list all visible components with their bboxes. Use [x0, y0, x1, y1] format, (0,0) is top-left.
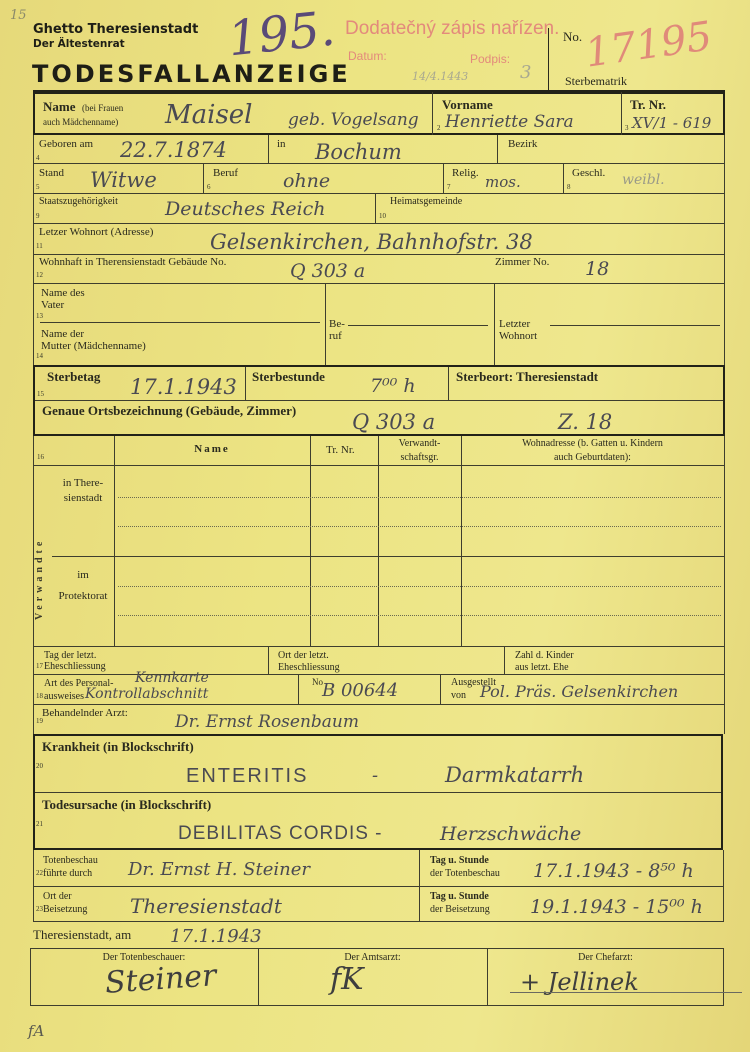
death-date-value: 17.1.1943 [130, 375, 237, 399]
parent-wohnort-label: Letzter [499, 318, 530, 330]
maiden-name-value: geb. Vogelsang [288, 110, 419, 130]
cause-of-death-german-value: Herzschwäche [440, 823, 581, 845]
place-date-label: Theresienstadt, am [33, 929, 131, 941]
verwandte-side-label: Verwandte [34, 510, 45, 620]
group-protektorat-label: im [52, 569, 114, 581]
col-address-header: Wohnadresse (b. Gatten u. Kindern [461, 438, 724, 450]
stamp-supplementary-entry: Dodatečný zápis nařízen. [345, 18, 559, 40]
relig-label: Relig. [452, 167, 479, 179]
religion-value: mos. [485, 173, 521, 191]
cause-of-death-label: Todesursache (in Blockschrift) [42, 798, 211, 812]
id-type-value: Kennkarte [135, 670, 209, 686]
marriage-place-label: Ort der letzt. [278, 650, 329, 662]
citizenship-value: Deutsches Reich [165, 198, 326, 220]
first-name-value: Henriette Sara [445, 112, 574, 132]
burial-place-value: Theresienstadt [130, 894, 282, 918]
zimmer-label: Zimmer No. [495, 256, 549, 268]
header-divider [548, 28, 549, 90]
sterbetag-label: Sterbetag [47, 370, 100, 384]
cause-of-death-value: DEBILITAS CORDIS - [178, 823, 383, 845]
treating-doctor-value: Dr. Ernst Rosenbaum [175, 712, 359, 732]
stand-label: Stand [39, 167, 64, 179]
marital-status-value: Witwe [90, 168, 157, 192]
col-name-header: Name [114, 443, 310, 455]
illness-german-value: Darmkatarrh [445, 763, 584, 787]
place-date-value: 17.1.1943 [170, 926, 262, 947]
burial-time-label: Tag u. Stunde [430, 891, 489, 903]
inspection-time-label: Tag u. Stunde [430, 855, 489, 867]
sex-value: weibl. [622, 172, 665, 188]
illness-value: ENTERITIS [186, 765, 308, 788]
occupation-value: ohne [283, 170, 330, 192]
sterbestunde-label: Sterbestunde [252, 370, 325, 384]
stamp-podpis-label: Podpis: [470, 52, 510, 66]
ortsbezeichnung-label: Genaue Ortsbezeichnung (Gebäude, Zimmer) [42, 404, 296, 418]
stamp-datum-value: 14/4.1443 [412, 70, 468, 83]
illness-label: Krankheit (in Blockschrift) [42, 740, 194, 754]
parent-beruf-label: Be- [329, 318, 345, 330]
birth-date-value: 22.7.1874 [120, 138, 227, 162]
sterbematrik-label: Sterbematrik [565, 75, 627, 87]
col-relationship-header: Verwandt- [378, 438, 461, 450]
inspection-by-value: Dr. Ernst H. Steiner [128, 859, 310, 880]
children-count-label: Zahl d. Kinder [515, 650, 574, 662]
death-building-value: Q 303 a [352, 410, 435, 434]
trnr-label: Tr. Nr. [630, 98, 666, 112]
vater-label: Name des [41, 287, 85, 299]
room-value: 18 [585, 258, 609, 280]
id-type-value-2: Kontrollabschnitt [85, 686, 208, 702]
bezirk-label: Bezirk [508, 138, 537, 150]
bottom-mark: fA [28, 1022, 44, 1040]
heimat-label: Heimatsgemeinde [390, 196, 462, 208]
death-notice-form: 15 Ghetto Theresienstadt Der Ältestenrat… [0, 0, 750, 1052]
corner-mark: 15 [10, 8, 27, 23]
id-number-value: B 00644 [322, 680, 398, 701]
issued-by-value: Pol. Präs. Gelsenkirchen [480, 682, 678, 701]
no-label: No. [563, 31, 582, 43]
sig-official-doctor-label: Der Amtsarzt: [258, 952, 487, 964]
vorname-label: Vorname [442, 98, 493, 112]
death-hour-value: 7⁰⁰ h [370, 375, 416, 397]
wohnort-label: Letzer Wohnort (Adresse) [39, 226, 153, 238]
name-label: Name [43, 100, 76, 114]
geschl-label: Geschl. [572, 167, 605, 179]
birthplace-value: Bochum [315, 140, 402, 164]
wohnhaft-label: Wohnhaft in Therensienstadt Gebäude No. [39, 256, 226, 268]
death-room-value: Z. 18 [558, 410, 612, 434]
sig-chief-doctor-label: Der Chefarzt: [487, 952, 724, 964]
burial-time-value: 19.1.1943 - 15⁰⁰ h [530, 896, 703, 918]
building-value: Q 303 a [290, 260, 365, 282]
stamp-podpis-value: 3 [520, 62, 531, 83]
org-council: Der Ältestenrat [33, 38, 125, 50]
last-address-value: Gelsenkirchen, Bahnhofstr. 38 [210, 230, 533, 254]
burial-place-label: Ort der [43, 891, 72, 903]
sig-official-doctor-value: fK [330, 962, 364, 997]
surname-value: Maisel [165, 100, 252, 130]
inspection-time-value: 17.1.1943 - 8⁵⁰ h [533, 860, 694, 882]
group-theresienstadt-label: in There- [52, 477, 114, 489]
col-trnr-header: Tr. Nr. [326, 444, 355, 456]
mutter-label: Name der [41, 328, 84, 340]
transport-number-value: XV/1 - 619 [632, 114, 711, 132]
in-label: in [277, 138, 286, 150]
inspection-by-label: Totenbeschau [43, 855, 98, 867]
geboren-label: Geboren am [39, 138, 93, 150]
treating-doctor-label: Behandelnder Arzt: [42, 707, 128, 719]
staat-label: Staatszugehörigkeit [39, 196, 118, 208]
sterbeort-label: Sterbeort: Theresienstadt [456, 370, 598, 384]
handwritten-number: 195. [225, 1, 337, 68]
register-number: 17195 [582, 13, 714, 76]
org-name: Ghetto Theresienstadt [33, 22, 198, 37]
beruf-label: Beruf [213, 167, 238, 179]
stamp-datum-label: Datum: [348, 49, 387, 63]
form-title: TODESFALLANZEIGE [32, 60, 351, 88]
